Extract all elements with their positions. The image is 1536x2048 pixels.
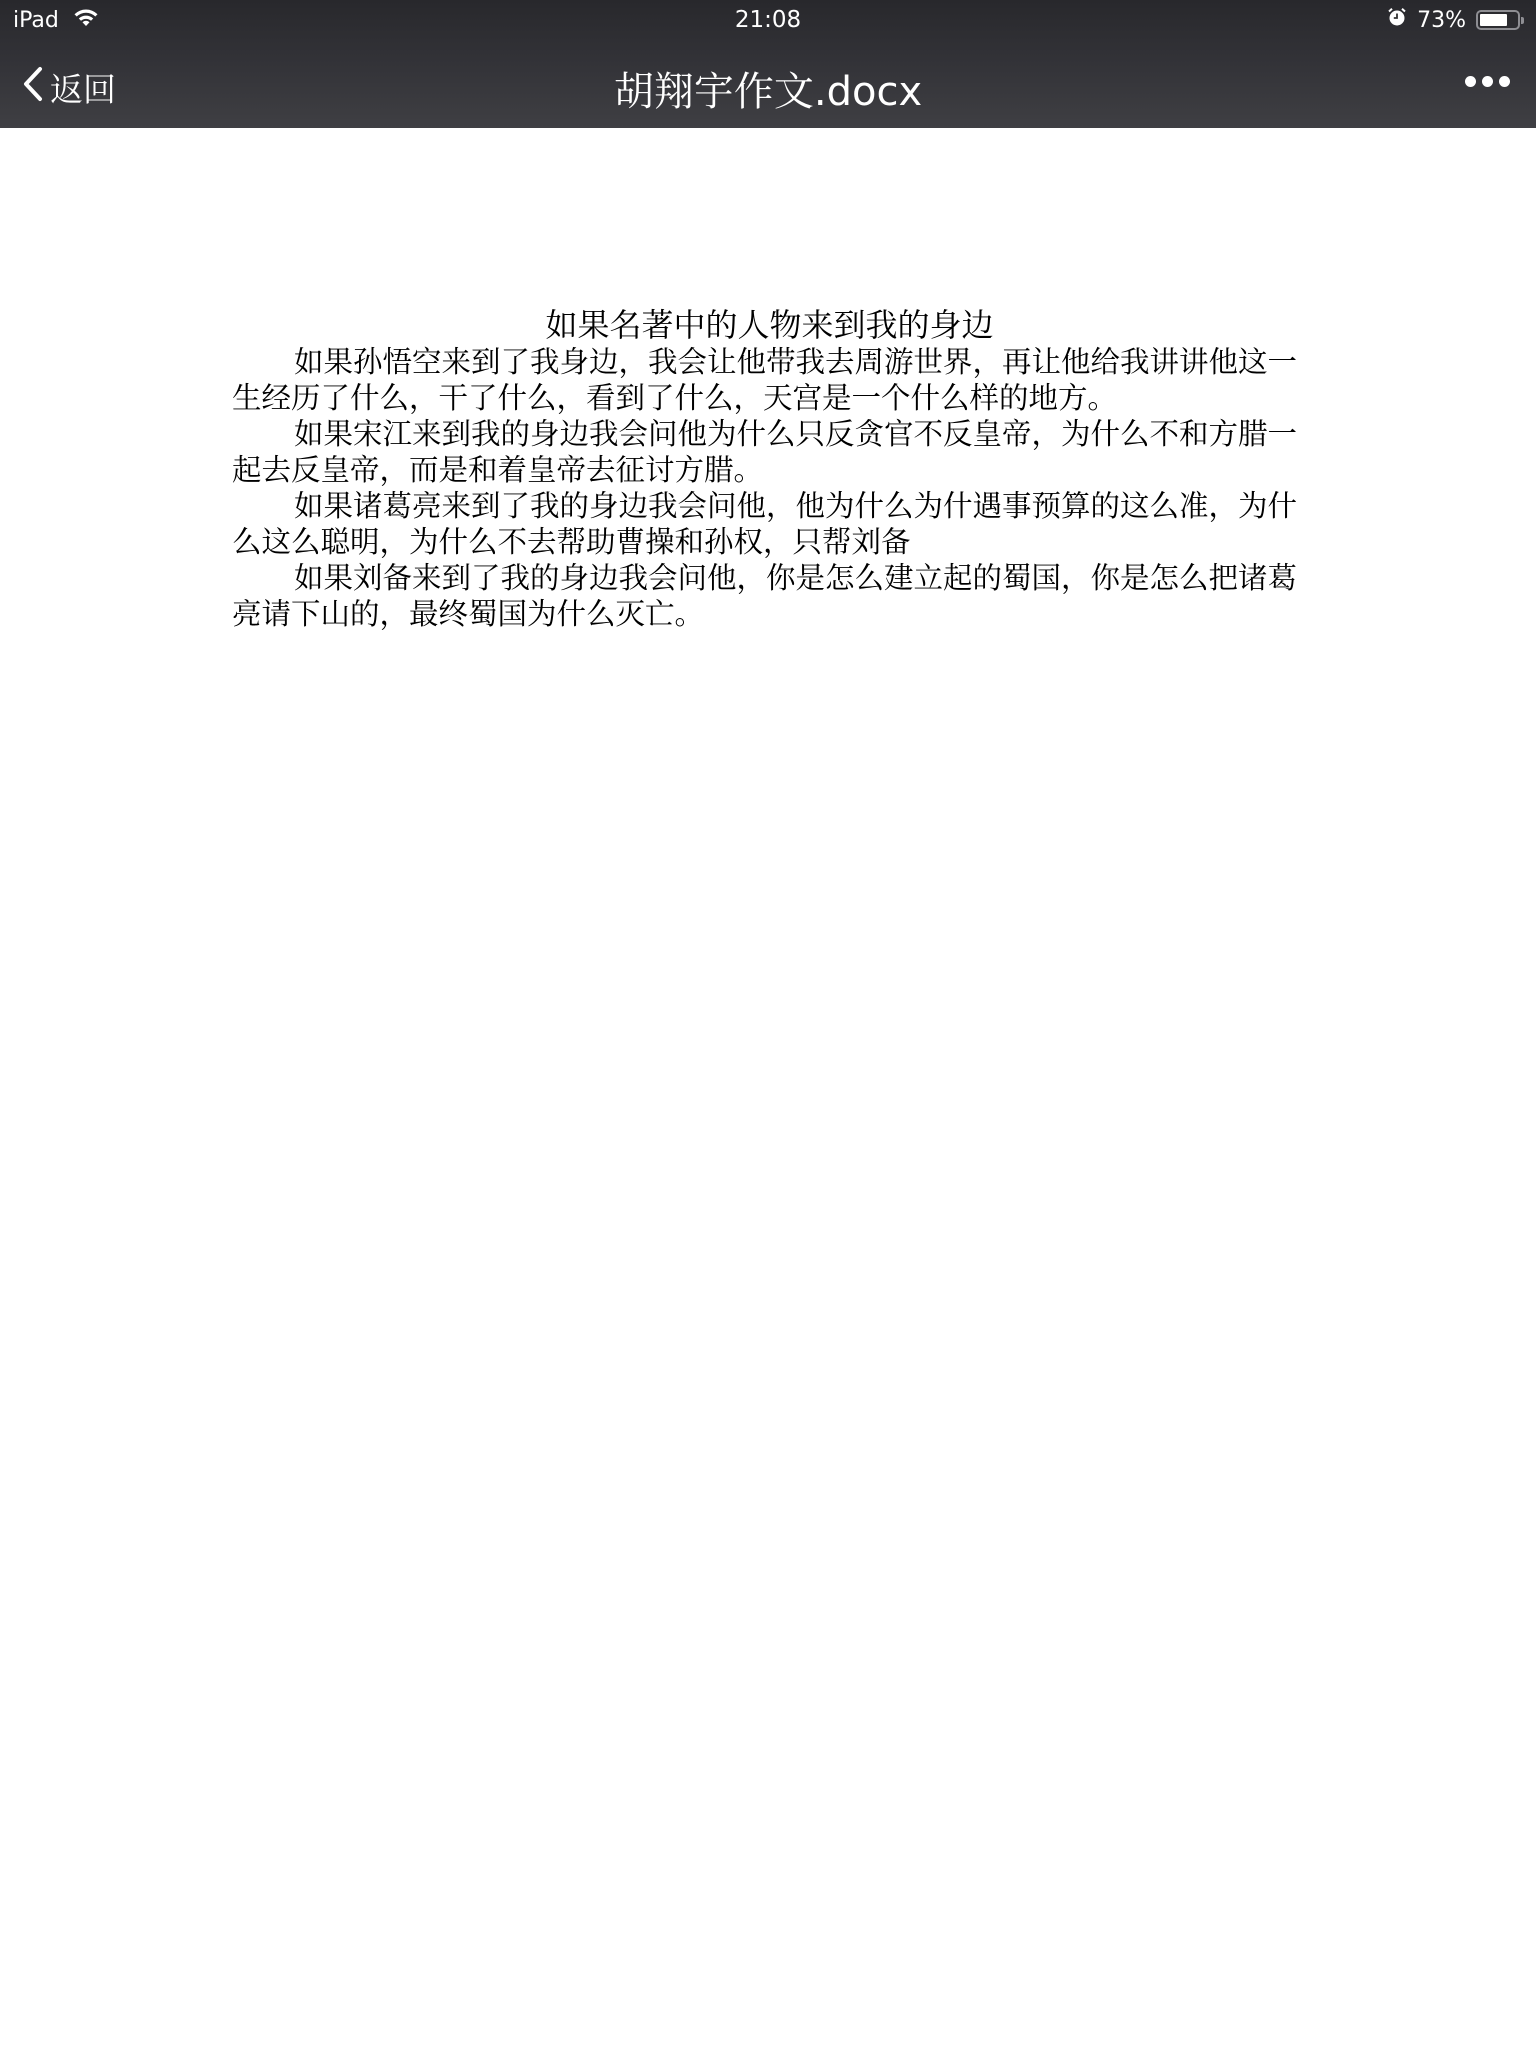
app-header: iPad 21:08 73% (0, 0, 1536, 128)
status-bar: iPad 21:08 73% (0, 0, 1536, 40)
battery-icon (1476, 10, 1520, 30)
document-filename-title: 胡翔宇作文.docx (0, 60, 1536, 117)
essay-title: 如果名著中的人物来到我的身边 (232, 306, 1307, 344)
battery-nub (1521, 17, 1524, 24)
status-right: 73% (1387, 7, 1526, 33)
ellipsis-icon-dot (1482, 76, 1493, 87)
ellipsis-icon-dot (1465, 76, 1476, 87)
more-options-button[interactable] (1465, 76, 1510, 87)
essay-paragraph: 如果宋江来到我的身边我会问他为什么只反贪官不反皇帝，为什么不和方腊一起去反皇帝，… (232, 416, 1307, 488)
ellipsis-icon-dot (1499, 76, 1510, 87)
document-content: 如果名著中的人物来到我的身边 如果孙悟空来到了我身边，我会让他带我去周游世界，再… (232, 306, 1307, 632)
essay-paragraph: 如果刘备来到了我的身边我会问他，你是怎么建立起的蜀国，你是怎么把诸葛亮请下山的，… (232, 560, 1307, 632)
status-time: 21:08 (0, 7, 1536, 33)
battery-percent: 73% (1417, 8, 1466, 33)
battery-fill (1480, 14, 1507, 26)
essay-paragraph: 如果诸葛亮来到了我的身边我会问他，他为什么为什遇事预算的这么准，为什么这么聪明，… (232, 488, 1307, 560)
alarm-clock-icon (1387, 7, 1407, 33)
nav-bar: 返回 胡翔宇作文.docx (0, 40, 1536, 128)
essay-paragraph: 如果孙悟空来到了我身边，我会让他带我去周游世界，再让他给我讲讲他这一生经历了什么… (232, 344, 1307, 416)
